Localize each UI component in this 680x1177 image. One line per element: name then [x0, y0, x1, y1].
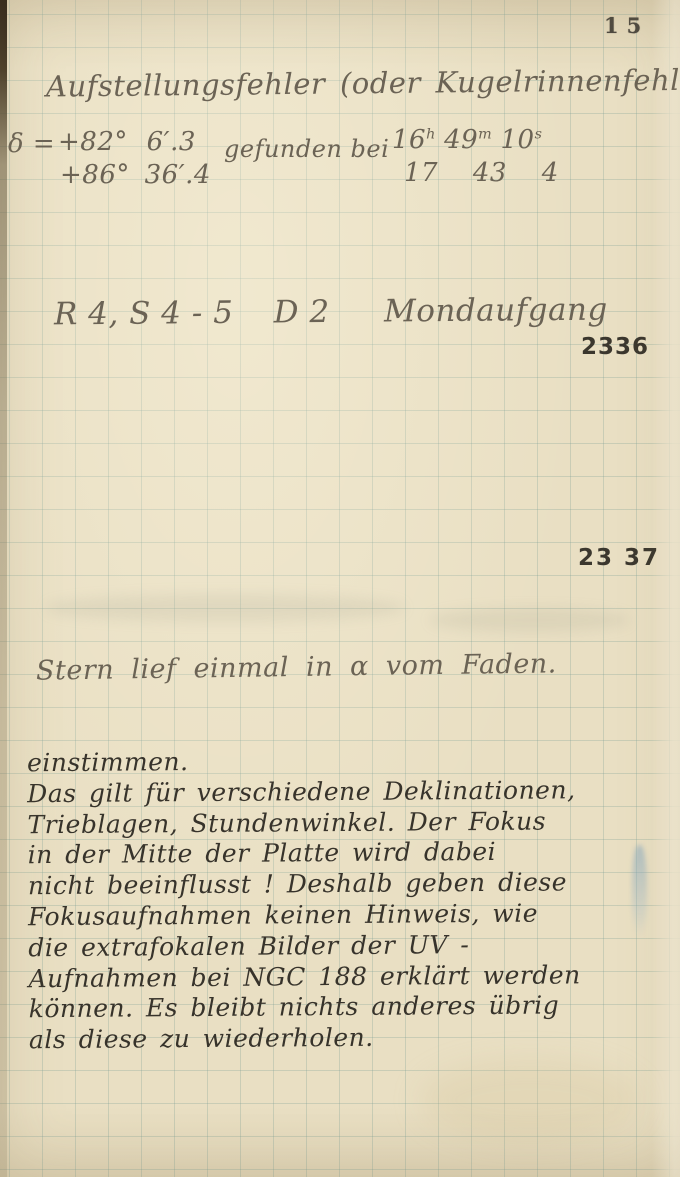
seconds: 4	[542, 158, 559, 188]
plate-series: R 4, S 4 - 5	[54, 295, 234, 333]
observation-line: R 4, S 4 - 5 D 2 Mondaufgang	[54, 292, 608, 333]
paragraph-line: die extrafokalen Bilder der UV -	[28, 929, 658, 964]
minutes: 43	[473, 158, 507, 188]
star-drift-note: Stern lief einmal in α vom Faden.	[36, 648, 557, 686]
declination-value-2: +86° 36′.4	[60, 160, 211, 190]
seconds: 10	[501, 125, 535, 155]
paragraph-line: Fokusaufnahmen keinen Hinweis, wie	[28, 898, 658, 933]
paragraph-line: nicht beeinflusst ! Deshalb geben diese	[28, 867, 658, 902]
event-label: Mondaufgang	[384, 292, 608, 330]
second-unit: s	[535, 126, 542, 142]
paragraph-line: können. Es bleibt nichts anderes übrig	[29, 990, 659, 1025]
scan-left-edge	[0, 0, 7, 1177]
paragraph-line: als diese zu wiederholen.	[29, 1021, 659, 1056]
showthrough-ghost	[430, 608, 630, 632]
plate-number: 2336	[581, 334, 649, 360]
plate-number: 23 37	[578, 545, 660, 571]
paragraph-line: Das gilt für verschiedene Deklinationen,	[27, 775, 657, 810]
paragraph-line: Aufnahmen bei NGC 188 erklärt werden	[28, 959, 658, 994]
notes-paragraph: einstimmen. Das gilt für verschiedene De…	[27, 744, 659, 1056]
time-value-1: 16h 49m 10s	[392, 125, 542, 155]
page-number: 15	[604, 13, 649, 38]
paragraph-line: einstimmen.	[27, 744, 657, 779]
page-heading: Aufstellungsfehler (oder Kugelrinnenfehl…	[46, 62, 680, 103]
minute-unit: m	[478, 126, 492, 142]
showthrough-ghost	[45, 594, 405, 622]
found-label: gefunden bei	[224, 135, 389, 163]
hours: 16	[392, 125, 426, 155]
paragraph-line: Trieblagen, Stundenwinkel. Der Fokus	[27, 805, 657, 840]
paragraph-line: in der Mitte der Platte wird dabei	[28, 836, 658, 871]
notebook-page: 15 Aufstellungsfehler (oder Kugelrinnenf…	[0, 0, 680, 1177]
hours: 17	[404, 158, 438, 188]
time-value-2: 17 43 4	[404, 158, 559, 188]
instrument-code: D 2	[274, 294, 330, 330]
paper-stain	[420, 1060, 640, 1140]
declination-value-1: +82° 6′.3	[58, 127, 196, 157]
minutes: 49	[444, 125, 478, 155]
delta-symbol: δ =	[8, 129, 55, 159]
hour-unit: h	[426, 126, 435, 142]
